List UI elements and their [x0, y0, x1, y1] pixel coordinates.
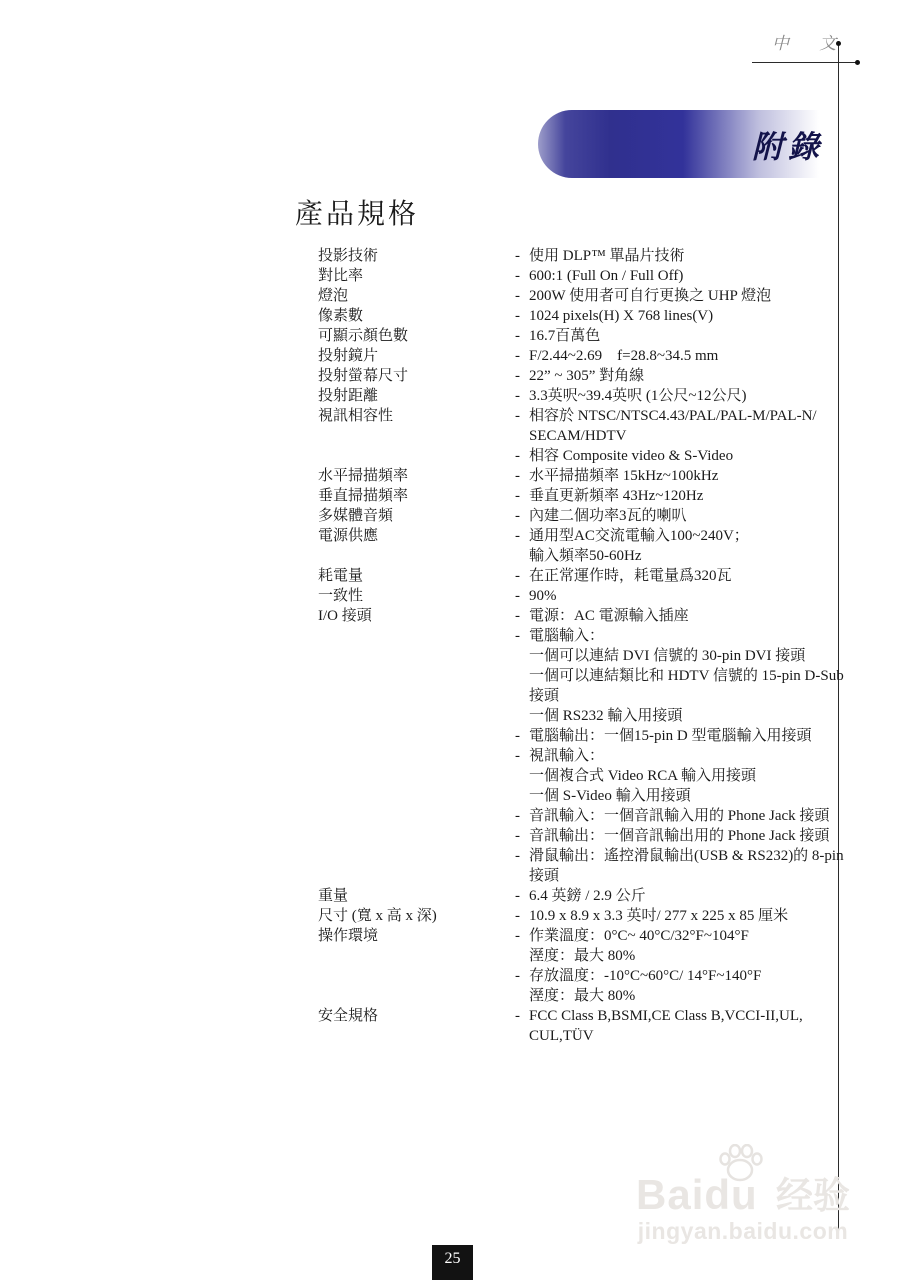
spec-values: - 1024 pixels(H) X 768 lines(V) [515, 306, 845, 326]
spec-value-dash [515, 1026, 529, 1046]
spec-value-line: - 10.9 x 8.9 x 3.3 英吋/ 277 x 225 x 85 厘米 [515, 906, 845, 926]
spec-value-line: - 水平掃描頻率 15kHz~100kHz [515, 466, 845, 486]
spec-value-line: - 滑鼠輸出：遙控滑鼠輸出(USB & RS232)的 8-pin [515, 846, 845, 866]
spec-label: 投射距離 [295, 386, 515, 406]
spec-value-text: 音訊輸入：一個音訊輸入用的 Phone Jack 接頭 [529, 806, 845, 826]
spec-value-dash [515, 686, 529, 706]
spec-values: - 垂直更新頻率 43Hz~120Hz [515, 486, 845, 506]
spec-value-line: - 相容於 NTSC/NTSC4.43/PAL/PAL-M/PAL-N/ [515, 406, 845, 426]
spec-value-text: 16.7百萬色 [529, 326, 845, 346]
spec-row: 像素數 - 1024 pixels(H) X 768 lines(V) [295, 306, 847, 326]
spec-value-dash: - [515, 346, 529, 366]
spec-label: 電源供應 [295, 526, 515, 546]
spec-value-text: 滑鼠輸出：遙控滑鼠輸出(USB & RS232)的 8-pin [529, 846, 845, 866]
spec-value-line: - 電腦輸入： [515, 626, 845, 646]
spec-values: - 電源：AC 電源輸入插座 - 電腦輸入： 一個可以連結 DVI 信號的 30… [515, 606, 845, 886]
spec-row: 安全規格 - FCC Class B,BSMI,CE Class B,VCCI-… [295, 1006, 847, 1046]
spec-row: 可顯示顏色數 - 16.7百萬色 [295, 326, 847, 346]
spec-row: 投射螢幕尺寸 - 22” ~ 305” 對角線 [295, 366, 847, 386]
spec-value-text: CUL,TÜV [529, 1026, 845, 1046]
spec-value-line: 一個 S-Video 輸入用接頭 [515, 786, 845, 806]
spec-value-line: - 通用型AC交流電輸入100~240V； [515, 526, 845, 546]
spec-list: 投影技術 - 使用 DLP™ 單晶片技術 對比率 - 600:1 (Full O… [295, 246, 847, 1046]
spec-value-text: F/2.44~2.69 f=28.8~34.5 mm [529, 346, 845, 366]
spec-row: 電源供應 - 通用型AC交流電輸入100~240V； 輸入頻率50-60Hz [295, 526, 847, 566]
spec-value-line: - 90% [515, 586, 845, 606]
spec-value-dash: - [515, 846, 529, 866]
spec-label: 對比率 [295, 266, 515, 286]
spec-value-line: - 使用 DLP™ 單晶片技術 [515, 246, 845, 266]
spec-values: - 水平掃描頻率 15kHz~100kHz [515, 466, 845, 486]
spec-value-dash: - [515, 586, 529, 606]
spec-label: 重量 [295, 886, 515, 906]
spec-value-text: 接頭 [529, 866, 845, 886]
spec-value-text: 存放溫度：-10°C~60°C/ 14°F~140°F [529, 966, 845, 986]
spec-value-dash: - [515, 566, 529, 586]
spec-value-dash: - [515, 246, 529, 266]
spec-values: - 通用型AC交流電輸入100~240V； 輸入頻率50-60Hz [515, 526, 845, 566]
spec-values: - 在正常運作時，耗電量爲320瓦 [515, 566, 845, 586]
spec-row: 對比率 - 600:1 (Full On / Full Off) [295, 266, 847, 286]
spec-value-text: 600:1 (Full On / Full Off) [529, 266, 845, 286]
spec-value-dash [515, 546, 529, 566]
spec-value-dash: - [515, 626, 529, 646]
spec-value-line: - F/2.44~2.69 f=28.8~34.5 mm [515, 346, 845, 366]
spec-value-dash [515, 866, 529, 886]
spec-row: 垂直掃描頻率 - 垂直更新頻率 43Hz~120Hz [295, 486, 847, 506]
spec-values: - 內建二個功率3瓦的喇叭 [515, 506, 845, 526]
spec-value-line: - 相容 Composite video & S-Video [515, 446, 845, 466]
spec-value-dash [515, 646, 529, 666]
spec-value-line: 接頭 [515, 866, 845, 886]
spec-value-line: - 22” ~ 305” 對角線 [515, 366, 845, 386]
spec-value-line: 一個 RS232 輸入用接頭 [515, 706, 845, 726]
spec-value-dash: - [515, 286, 529, 306]
spec-value-text: 一個複合式 Video RCA 輸入用接頭 [529, 766, 845, 786]
spec-values: - 600:1 (Full On / Full Off) [515, 266, 845, 286]
spec-value-text: 相容 Composite video & S-Video [529, 446, 845, 466]
spec-value-text: 輸入頻率50-60Hz [529, 546, 845, 566]
spec-row: 操作環境 - 作業溫度：0°C~ 40°C/32°F~104°F 溼度：最大 8… [295, 926, 847, 1006]
spec-value-line: - 200W 使用者可自行更換之 UHP 燈泡 [515, 286, 845, 306]
spec-row: 一致性 - 90% [295, 586, 847, 606]
spec-value-line: - 視訊輸入： [515, 746, 845, 766]
watermark-url: jingyan.baidu.com [636, 1218, 850, 1245]
spec-value-line: 接頭 [515, 686, 845, 706]
watermark-brand-cn: 经验 [776, 1177, 850, 1214]
spec-value-text: 相容於 NTSC/NTSC4.43/PAL/PAL-M/PAL-N/ [529, 406, 845, 426]
spec-value-text: 通用型AC交流電輸入100~240V； [529, 526, 845, 546]
spec-values: - 使用 DLP™ 單晶片技術 [515, 246, 845, 266]
spec-values: - FCC Class B,BSMI,CE Class B,VCCI-II,UL… [515, 1006, 845, 1046]
spec-value-text: 一個 S-Video 輸入用接頭 [529, 786, 845, 806]
spec-label: 多媒體音頻 [295, 506, 515, 526]
spec-values: - 16.7百萬色 [515, 326, 845, 346]
spec-value-line: - 600:1 (Full On / Full Off) [515, 266, 845, 286]
spec-value-text: 一個可以連結類比和 HDTV 信號的 15-pin D-Sub [529, 666, 845, 686]
appendix-banner: 附錄 [538, 110, 840, 178]
spec-label: 燈泡 [295, 286, 515, 306]
spec-value-dash [515, 946, 529, 966]
spec-values: - 90% [515, 586, 845, 606]
spec-label: I/O 接頭 [295, 606, 515, 626]
spec-value-line: - 音訊輸出：一個音訊輸出用的 Phone Jack 接頭 [515, 826, 845, 846]
spec-value-line: - FCC Class B,BSMI,CE Class B,VCCI-II,UL… [515, 1006, 845, 1026]
spec-value-dash [515, 426, 529, 446]
spec-label: 投射鏡片 [295, 346, 515, 366]
rule-dot-top [836, 41, 841, 46]
spec-value-text: 水平掃描頻率 15kHz~100kHz [529, 466, 845, 486]
spec-row: 投射距離 - 3.3英呎~39.4英呎 (1公尺~12公尺) [295, 386, 847, 406]
spec-row: 視訊相容性 - 相容於 NTSC/NTSC4.43/PAL/PAL-M/PAL-… [295, 406, 847, 466]
spec-value-text: 200W 使用者可自行更換之 UHP 燈泡 [529, 286, 845, 306]
spec-value-dash: - [515, 926, 529, 946]
spec-label: 水平掃描頻率 [295, 466, 515, 486]
spec-value-dash: - [515, 506, 529, 526]
spec-values: - 22” ~ 305” 對角線 [515, 366, 845, 386]
watermark-brand-row: Baidu 经验 [636, 1176, 850, 1214]
spec-value-dash: - [515, 966, 529, 986]
spec-value-text: 電腦輸入： [529, 626, 845, 646]
spec-value-dash: - [515, 326, 529, 346]
spec-value-text: SECAM/HDTV [529, 426, 845, 446]
spec-value-text: 音訊輸出：一個音訊輸出用的 Phone Jack 接頭 [529, 826, 845, 846]
spec-value-text: 電源：AC 電源輸入插座 [529, 606, 845, 626]
spec-row: 水平掃描頻率 - 水平掃描頻率 15kHz~100kHz [295, 466, 847, 486]
spec-value-text: 3.3英呎~39.4英呎 (1公尺~12公尺) [529, 386, 845, 406]
spec-value-line: - 作業溫度：0°C~ 40°C/32°F~104°F [515, 926, 845, 946]
spec-value-line: 一個複合式 Video RCA 輸入用接頭 [515, 766, 845, 786]
spec-value-dash [515, 986, 529, 1006]
spec-label: 視訊相容性 [295, 406, 515, 426]
spec-label: 安全規格 [295, 1006, 515, 1026]
page-title: 產品規格 [295, 192, 847, 232]
spec-value-text: 溼度：最大 80% [529, 946, 845, 966]
spec-value-dash: - [515, 306, 529, 326]
spec-value-dash [515, 706, 529, 726]
spec-value-line: - 內建二個功率3瓦的喇叭 [515, 506, 845, 526]
spec-value-text: 6.4 英鎊 / 2.9 公斤 [529, 886, 845, 906]
spec-value-text: 22” ~ 305” 對角線 [529, 366, 845, 386]
spec-value-text: 一個可以連結 DVI 信號的 30-pin DVI 接頭 [529, 646, 845, 666]
document-page: 中 文 附錄 產品規格 投影技術 - 使用 DLP™ 單晶片技術 對比率 - 6… [0, 0, 904, 1280]
spec-value-dash: - [515, 606, 529, 626]
spec-row: 尺寸 (寬 x 高 x 深) - 10.9 x 8.9 x 3.3 英吋/ 27… [295, 906, 847, 926]
spec-value-line: - 電腦輸出：一個15-pin D 型電腦輸入用接頭 [515, 726, 845, 746]
spec-value-text: 電腦輸出：一個15-pin D 型電腦輸入用接頭 [529, 726, 845, 746]
spec-value-dash: - [515, 366, 529, 386]
spec-value-dash: - [515, 406, 529, 426]
spec-value-text: 垂直更新頻率 43Hz~120Hz [529, 486, 845, 506]
spec-value-text: 使用 DLP™ 單晶片技術 [529, 246, 845, 266]
spec-value-dash: - [515, 886, 529, 906]
spec-label: 投射螢幕尺寸 [295, 366, 515, 386]
spec-value-dash: - [515, 466, 529, 486]
spec-value-line: 輸入頻率50-60Hz [515, 546, 845, 566]
spec-values: - 作業溫度：0°C~ 40°C/32°F~104°F 溼度：最大 80% - … [515, 926, 845, 1006]
spec-value-line: SECAM/HDTV [515, 426, 845, 446]
horizontal-rule [752, 62, 859, 63]
spec-value-dash [515, 766, 529, 786]
spec-value-text: 90% [529, 586, 845, 606]
spec-values: - F/2.44~2.69 f=28.8~34.5 mm [515, 346, 845, 366]
spec-row: 燈泡 - 200W 使用者可自行更換之 UHP 燈泡 [295, 286, 847, 306]
spec-value-dash [515, 786, 529, 806]
spec-row: I/O 接頭 - 電源：AC 電源輸入插座 - 電腦輸入： 一個可以連結 DVI… [295, 606, 847, 886]
spec-value-dash: - [515, 726, 529, 746]
spec-value-dash: - [515, 446, 529, 466]
spec-row: 投射鏡片 - F/2.44~2.69 f=28.8~34.5 mm [295, 346, 847, 366]
spec-value-dash: - [515, 1006, 529, 1026]
spec-value-line: CUL,TÜV [515, 1026, 845, 1046]
spec-row: 重量 - 6.4 英鎊 / 2.9 公斤 [295, 886, 847, 906]
appendix-banner-title: 附錄 [752, 122, 824, 167]
spec-values: - 3.3英呎~39.4英呎 (1公尺~12公尺) [515, 386, 845, 406]
spec-value-line: 溼度：最大 80% [515, 986, 845, 1006]
spec-label: 投影技術 [295, 246, 515, 266]
spec-row: 耗電量 - 在正常運作時，耗電量爲320瓦 [295, 566, 847, 586]
spec-value-dash: - [515, 746, 529, 766]
spec-label: 可顯示顏色數 [295, 326, 515, 346]
spec-value-text: FCC Class B,BSMI,CE Class B,VCCI-II,UL, [529, 1006, 845, 1026]
spec-value-text: 1024 pixels(H) X 768 lines(V) [529, 306, 845, 326]
spec-value-text: 作業溫度：0°C~ 40°C/32°F~104°F [529, 926, 845, 946]
spec-label: 一致性 [295, 586, 515, 606]
spec-values: - 10.9 x 8.9 x 3.3 英吋/ 277 x 225 x 85 厘米 [515, 906, 845, 926]
spec-value-line: 一個可以連結 DVI 信號的 30-pin DVI 接頭 [515, 646, 845, 666]
rule-dot-right [855, 60, 860, 65]
spec-value-line: - 在正常運作時，耗電量爲320瓦 [515, 566, 845, 586]
spec-value-text: 溼度：最大 80% [529, 986, 845, 1006]
spec-value-line: - 存放溫度：-10°C~60°C/ 14°F~140°F [515, 966, 845, 986]
spec-value-dash: - [515, 826, 529, 846]
spec-value-text: 一個 RS232 輸入用接頭 [529, 706, 845, 726]
spec-value-line: - 1024 pixels(H) X 768 lines(V) [515, 306, 845, 326]
spec-label: 尺寸 (寬 x 高 x 深) [295, 906, 515, 926]
spec-value-line: - 16.7百萬色 [515, 326, 845, 346]
spec-value-dash: - [515, 806, 529, 826]
spec-value-line: 一個可以連結類比和 HDTV 信號的 15-pin D-Sub [515, 666, 845, 686]
spec-label: 像素數 [295, 306, 515, 326]
spec-value-dash: - [515, 266, 529, 286]
spec-value-line: - 垂直更新頻率 43Hz~120Hz [515, 486, 845, 506]
spec-label: 耗電量 [295, 566, 515, 586]
spec-value-text: 10.9 x 8.9 x 3.3 英吋/ 277 x 225 x 85 厘米 [529, 906, 845, 926]
spec-value-text: 視訊輸入： [529, 746, 845, 766]
spec-value-line: 溼度：最大 80% [515, 946, 845, 966]
spec-value-text: 在正常運作時，耗電量爲320瓦 [529, 566, 845, 586]
spec-values: - 6.4 英鎊 / 2.9 公斤 [515, 886, 845, 906]
spec-value-line: - 電源：AC 電源輸入插座 [515, 606, 845, 626]
watermark: Baidu 经验 jingyan.baidu.com [636, 1142, 850, 1244]
content-area: 產品規格 投影技術 - 使用 DLP™ 單晶片技術 對比率 - 600:1 (F… [295, 192, 847, 1046]
spec-value-dash [515, 666, 529, 686]
spec-label: 垂直掃描頻率 [295, 486, 515, 506]
spec-value-text: 內建二個功率3瓦的喇叭 [529, 506, 845, 526]
spec-values: - 相容於 NTSC/NTSC4.43/PAL/PAL-M/PAL-N/ SEC… [515, 406, 845, 466]
spec-label: 操作環境 [295, 926, 515, 946]
spec-value-dash: - [515, 526, 529, 546]
spec-value-text: 接頭 [529, 686, 845, 706]
spec-row: 投影技術 - 使用 DLP™ 單晶片技術 [295, 246, 847, 266]
page-number-badge: 25 [432, 1245, 473, 1280]
spec-values: - 200W 使用者可自行更換之 UHP 燈泡 [515, 286, 845, 306]
spec-value-dash: - [515, 386, 529, 406]
spec-value-dash: - [515, 906, 529, 926]
spec-value-dash: - [515, 486, 529, 506]
watermark-brand-text: Baidu [636, 1176, 758, 1214]
spec-value-line: - 3.3英呎~39.4英呎 (1公尺~12公尺) [515, 386, 845, 406]
spec-row: 多媒體音頻 - 內建二個功率3瓦的喇叭 [295, 506, 847, 526]
spec-value-line: - 6.4 英鎊 / 2.9 公斤 [515, 886, 845, 906]
spec-value-line: - 音訊輸入：一個音訊輸入用的 Phone Jack 接頭 [515, 806, 845, 826]
